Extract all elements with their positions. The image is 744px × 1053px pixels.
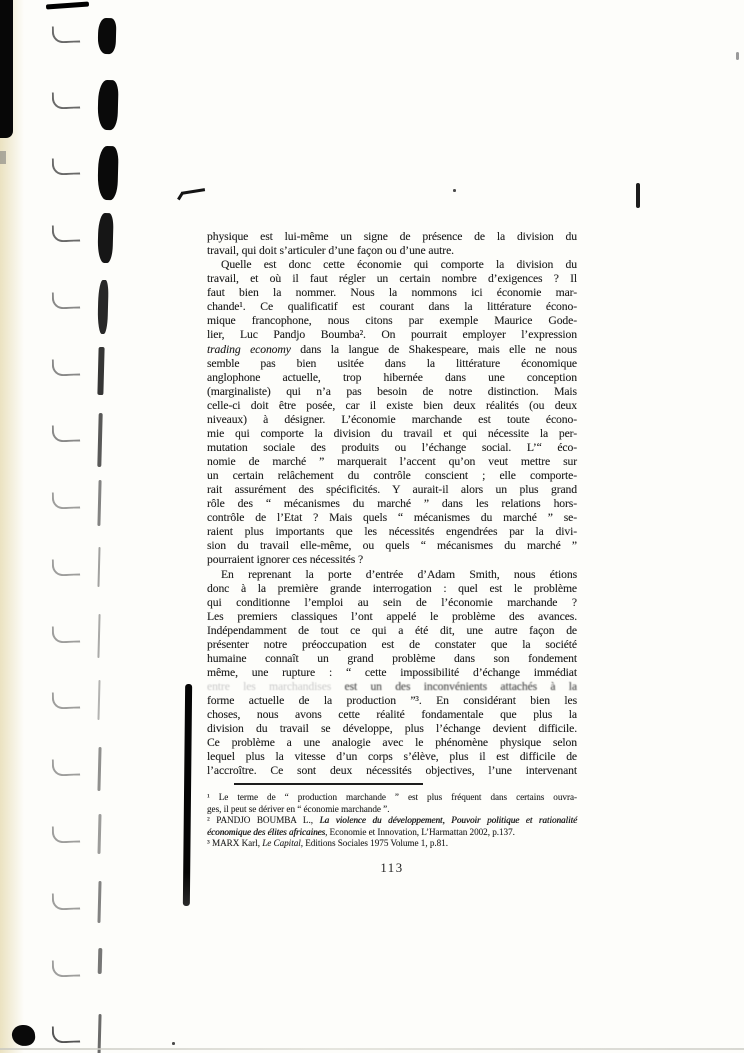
binding-ring-shadow [98,948,102,974]
binding-ring-shadow [97,280,108,334]
binding-hole-bracket [52,759,81,777]
text-segment: niveaux) à désigner. L’économie marchand… [207,413,577,426]
body-text-line: forme actuelle de la production ”³. En c… [207,694,577,708]
text-segment: est un des inconvénients attachés à la [331,680,577,693]
binding-top-hook-mark [46,2,89,10]
scan-speck [453,189,456,192]
text-segment: ges, il peut se dériver en “ économie ma… [207,804,389,814]
body-text-line: lequel plus la vitesse d’un corps s’élèv… [207,750,577,764]
body-text-line: l’accroître. Ce sont deux nécessités obj… [207,764,577,778]
text-segment: lier, Luc Pandjo Boumba². On pourrait em… [207,328,577,341]
footnotes: ¹ Le terme de “ production marchande ” e… [207,792,577,849]
footnote-line: ges, il peut se dériver en “ économie ma… [207,804,577,815]
text-segment: rait assurément des spécificités. Y aura… [207,483,577,496]
text-segment: forme actuelle de la production ”³. En c… [207,694,577,707]
body-text-line: chande¹. Ce qualificatif est courant dan… [207,300,577,314]
text-segment: Quelle est donc cette économie qui compo… [221,258,577,271]
body-text-line: (marginaliste) qui n’a pas besoin de not… [207,385,577,399]
binding-hole-bracket [52,960,81,978]
footnote-line: ³ MARX Karl, Le Capital, Editions Social… [207,838,577,849]
text-segment: chande¹. Ce qualificatif est courant dan… [207,300,577,313]
text-segment: En reprenant la porte d’entrée d’Adam Sm… [221,568,577,581]
text-segment: lequel plus la vitesse d’un corps s’élèv… [207,750,577,763]
body-text-line: présenter notre préoccupation est de con… [207,638,577,652]
binding-ring-shadow [97,747,101,791]
body-text-line: niveaux) à désigner. L’économie marchand… [207,413,577,427]
footnote-separator [234,783,423,785]
body-text-line: un certain relâchement du contrôle consc… [207,469,577,483]
margin-mark-right [636,183,640,208]
scan-edge-tick [0,151,6,164]
body-text-line: rait assurément des spécificités. Y aura… [207,483,577,497]
body-text-line: mique francophone, nous citons par exemp… [207,314,577,328]
body-text-line: physique est lui-même un signe de présen… [207,230,577,244]
body-text-line: mie qui comporte la division du travail … [207,427,577,441]
binding-ring-shadow [97,680,100,720]
text-segment: , Editions Sociales 1975 Volume 1, p.81. [301,838,448,848]
binding-hole-bracket [52,626,81,644]
text-segment: dans la langue de Shakespeare, mais elle… [291,343,577,356]
body-text-line: semble pas bien usitée dans la littératu… [207,357,577,371]
text-segment: faut bien la nommer. Nous la nommons ici… [207,286,577,299]
body-text-line: Quelle est donc cette économie qui compo… [207,258,577,272]
body-text-line: contrôle de l’Etat ? Mais quels “ mécani… [207,511,577,525]
text-segment: mique francophone, nous citons par exemp… [207,314,577,327]
text-segment: un certain relâchement du contrôle consc… [207,469,577,482]
binding-ring-shadow [97,413,102,467]
text-segment: même, une rupture : “ cette impossibilit… [207,666,577,679]
page-number: 113 [207,861,577,876]
body-text-line: raient plus importants que les nécessité… [207,525,577,539]
footnote-line: ² PANDJO BOUMBA L., La violence du dével… [207,815,577,826]
binding-ring-shadow [97,80,118,131]
binding-hole-bracket [52,1026,81,1044]
body-text-line: trading economy dans la langue de Shakes… [207,343,577,357]
crop-mark-horizontal-stroke [181,188,205,194]
text-segment: Ce problème a une analogie avec le phéno… [207,736,577,749]
text-segment: trading economy [207,343,291,356]
body-text-line: Indépendamment de tout ce qui a été dit,… [207,624,577,638]
binding-hole-bracket [52,893,81,911]
scan-bottom-edge-line [0,1048,744,1050]
text-segment: pourraient ignorer ces nécessités ? [207,553,363,566]
scan-speck [736,52,739,60]
scan-edge-artifact-top-left [0,0,13,138]
body-text: physique est lui-même un signe de présen… [207,230,577,778]
binding-hole-bracket [52,26,81,44]
text-segment: humaine connaît un grand problème dans s… [207,652,577,665]
body-text-line: travail, qui doit s’articuler d’une faço… [207,244,577,258]
text-segment: semble pas bien usitée dans la littératu… [207,357,577,370]
body-text-line: nomie de marché ” marquerait l’accent qu… [207,455,577,469]
text-segment: l’accroître. Ce sont deux nécessités obj… [207,764,577,777]
text-segment: ³ MARX Karl, [207,838,262,848]
text-segment: entre les marchandises [207,680,331,693]
text-segment: Le Capital [262,838,301,848]
text-segment: mutation sociale des produits ou l’échan… [207,441,577,454]
body-text-line: donc à la première grande interrogation … [207,582,577,596]
binding-hole-bracket [52,492,81,510]
binding-hole-bracket [52,225,81,243]
binding-ring-shadow [98,18,117,54]
text-segment: , Economie et Innovation, L’Harmattan 20… [325,827,515,837]
binding-ring-shadow [97,614,100,658]
body-text-line: humaine connaît un grand problème dans s… [207,652,577,666]
crop-mark-top-left [179,186,205,198]
scanned-page: physique est lui-même un signe de présen… [0,0,744,1053]
body-text-line: choses, nous avons cette réalité fondame… [207,708,577,722]
text-segment: La violence du développement, Pouvoir po… [319,815,577,825]
binding-marks [0,0,150,1053]
body-text-line: travail, et où il faut régler un certain… [207,272,577,286]
body-text-line: mutation sociale des produits ou l’échan… [207,441,577,455]
body-text-line: sion du travail elle-même, ou quels “ mé… [207,539,577,553]
body-text-line: lier, Luc Pandjo Boumba². On pourrait em… [207,328,577,342]
body-text-line: qui conditionne l’emploi au sein de l’éc… [207,596,577,610]
body-text-line: même, une rupture : “ cette impossibilit… [207,666,577,680]
body-text-line: Les premiers classiques l’ont appelé le … [207,610,577,624]
body-text-line: Ce problème a une analogie avec le phéno… [207,736,577,750]
binding-ring-shadow [97,881,101,923]
text-segment: contrôle de l’Etat ? Mais quels “ mécani… [207,511,577,524]
crop-mark-hook-stroke [177,192,183,200]
text-segment: économique des élites africaines [207,827,325,837]
binding-hole-bracket [52,359,81,377]
text-segment: (marginaliste) qui n’a pas besoin de not… [207,385,577,398]
body-text-line: celle-ci doit être posée, car il existe … [207,399,577,413]
binding-hole-bracket [52,92,81,110]
text-segment: présenter notre préoccupation est de con… [207,638,577,651]
text-segment: nomie de marché ” marquerait l’accent qu… [207,455,577,468]
binding-ring-shadow [97,480,101,526]
body-text-line: pourraient ignorer ces nécessités ? [207,553,577,567]
footnote-line: économique des élites africaines, Econom… [207,827,577,838]
text-segment: physique est lui-même un signe de présen… [207,230,577,243]
text-segment: mie qui comporte la division du travail … [207,427,577,440]
body-text-line: faut bien la nommer. Nous la nommons ici… [207,286,577,300]
binding-ring-shadow [97,547,100,587]
binding-hole-bracket [52,292,81,310]
text-segment: division du travail se développe, plus l… [207,722,577,735]
binding-ring-shadow [97,146,118,201]
binding-hole-bracket [52,425,81,443]
text-segment: qui conditionne l’emploi au sein de l’éc… [207,596,577,609]
text-segment: Les premiers classiques l’ont appelé le … [207,610,577,623]
binding-hole-bracket [52,826,81,844]
footnote-line: ¹ Le terme de “ production marchande ” e… [207,792,577,803]
body-text-line: division du travail se développe, plus l… [207,722,577,736]
text-segment: travail, et où il faut régler un certain… [207,272,577,285]
text-segment: donc à la première grande interrogation … [207,582,577,595]
body-text-line: anglophone actuelle, trop hibernée dans … [207,371,577,385]
page-text-column: physique est lui-même un signe de présen… [207,230,577,876]
binding-ring-shadow [97,213,113,263]
body-text-line: entre les marchandises est un des inconv… [207,680,577,694]
text-segment: sion du travail elle-même, ou quels “ mé… [207,539,577,552]
text-segment: choses, nous avons cette réalité fondame… [207,708,577,721]
text-segment: Indépendamment de tout ce qui a été dit,… [207,624,577,637]
text-segment: ¹ Le terme de “ production marchande ” e… [207,792,577,802]
body-text-line: rôle des “ mécanismes du marché ” dans l… [207,497,577,511]
body-text-line: En reprenant la porte d’entrée d’Adam Sm… [207,568,577,582]
text-segment: ² PANDJO BOUMBA L., [207,815,319,825]
scan-speck [172,1042,175,1045]
binding-ring-shadow [97,347,104,395]
text-segment: celle-ci doit être posée, car il existe … [207,399,577,412]
binding-hole-bracket [52,158,81,176]
text-segment: anglophone actuelle, trop hibernée dans … [207,371,577,384]
ink-streak-left-margin [183,684,192,906]
text-segment: raient plus importants que les nécessité… [207,525,577,538]
binding-hole-bracket [52,692,81,710]
text-segment: travail, qui doit s’articuler d’une faço… [207,244,454,257]
binding-hole-bracket [52,559,81,577]
text-segment: rôle des “ mécanismes du marché ” dans l… [207,497,577,510]
binding-ring-shadow [97,814,101,854]
